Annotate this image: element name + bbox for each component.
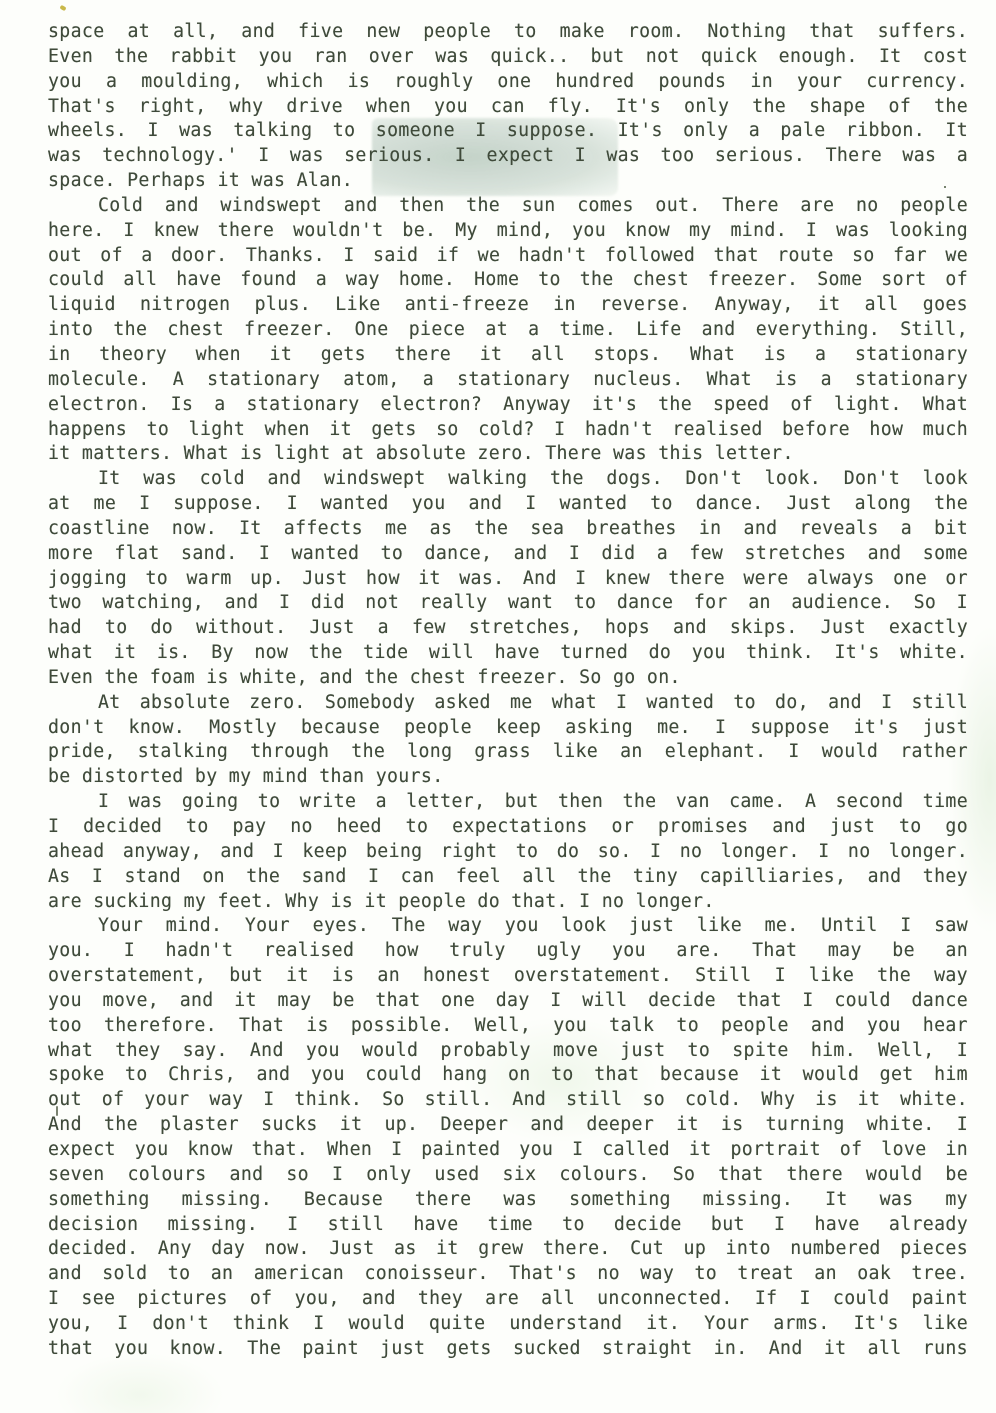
text-line: out of your way I think. So still. And s…	[48, 1088, 968, 1113]
text-line: happens to light when it gets so cold? I…	[48, 418, 968, 443]
ink-mark	[59, 5, 66, 11]
text-line: I decided to pay no heed to expectations…	[48, 815, 968, 840]
text-line: I was going to write a letter, but then …	[48, 790, 968, 815]
text-line: too therefore. That is possible. Well, y…	[48, 1014, 968, 1039]
text-line: Your mind. Your eyes. The way you look j…	[48, 914, 968, 939]
text-line: It was cold and windswept walking the do…	[48, 467, 968, 492]
text-line: had to do without. Just a few stretches,…	[48, 616, 968, 641]
text-line: coastline now. It affects me as the sea …	[48, 517, 968, 542]
text-line: you a moulding, which is roughly one hun…	[48, 70, 968, 95]
text-line: are sucking my feet. Why is it people do…	[48, 890, 968, 915]
text-line: at me I suppose. I wanted you and I want…	[48, 492, 968, 517]
text-line: wheels. I was talking to someone I suppo…	[48, 119, 968, 144]
text-line: don't know. Mostly because people keep a…	[48, 716, 968, 741]
text-line: pride, stalking through the long grass l…	[48, 740, 968, 765]
text-line: molecule. A stationary atom, a stationar…	[48, 368, 968, 393]
text-line: overstatement, but it is an honest overs…	[48, 964, 968, 989]
text-line: into the chest freezer. One piece at a t…	[48, 318, 968, 343]
text-line: here. I knew there wouldn't be. My mind,…	[48, 219, 968, 244]
text-line: it matters. What is light at absolute ze…	[48, 442, 968, 467]
text-line: two watching, and I did not really want …	[48, 591, 968, 616]
text-line: I see pictures of you, and they are all …	[48, 1287, 968, 1312]
text-line: Even the rabbit you ran over was quick..…	[48, 45, 968, 70]
text-line: what it is. By now the tide will have tu…	[48, 641, 968, 666]
text-line: was technology.' I was serious. I expect…	[48, 144, 968, 169]
text-line: in theory when it gets there it all stop…	[48, 343, 968, 368]
text-line: That's right, why drive when you can fly…	[48, 95, 968, 120]
text-line: electron. Is a stationary electron? Anyw…	[48, 393, 968, 418]
text-line: you, I don't think I would quite underst…	[48, 1312, 968, 1337]
text-line: that you know. The paint just gets sucke…	[48, 1337, 968, 1362]
text-line: something missing. Because there was som…	[48, 1188, 968, 1213]
typewritten-page: space at all, and five new people to mak…	[0, 0, 996, 1413]
text-line: seven colours and so I only used six col…	[48, 1163, 968, 1188]
text-line: liquid nitrogen plus. Like anti-freeze i…	[48, 293, 968, 318]
text-line: At absolute zero. Somebody asked me what…	[48, 691, 968, 716]
text-line: space. Perhaps it was Alan.	[48, 169, 968, 194]
text-line: be distorted by my mind than yours.	[48, 765, 968, 790]
text-line: you. I hadn't realised how truly ugly yo…	[48, 939, 968, 964]
text-line: ahead anyway, and I keep being right to …	[48, 840, 968, 865]
text-line: space at all, and five new people to mak…	[48, 20, 968, 45]
text-line: decision missing. I still have time to d…	[48, 1213, 968, 1238]
text-line: and sold to an american conoisseur. That…	[48, 1262, 968, 1287]
text-line: Cold and windswept and then the sun come…	[48, 194, 968, 219]
text-line: spoke to Chris, and you could hang on to…	[48, 1063, 968, 1088]
text-line: decided. Any day now. Just as it grew th…	[48, 1237, 968, 1262]
text-line: you move, and it may be that one day I w…	[48, 989, 968, 1014]
text-line: jogging to warm up. Just how it was. And…	[48, 567, 968, 592]
text-line: Even the foam is white, and the chest fr…	[48, 666, 968, 691]
text-line: more flat sand. I wanted to dance, and I…	[48, 542, 968, 567]
text-line: could all have found a way home. Home to…	[48, 268, 968, 293]
text-line: expect you know that. When I painted you…	[48, 1138, 968, 1163]
text-line: And the plaster sucks it up. Deeper and …	[48, 1113, 968, 1138]
text-line: As I stand on the sand I can feel all th…	[48, 865, 968, 890]
text-line: out of a door. Thanks. I said if we hadn…	[48, 244, 968, 269]
document-body: space at all, and five new people to mak…	[48, 20, 968, 1362]
text-line: what they say. And you would probably mo…	[48, 1039, 968, 1064]
